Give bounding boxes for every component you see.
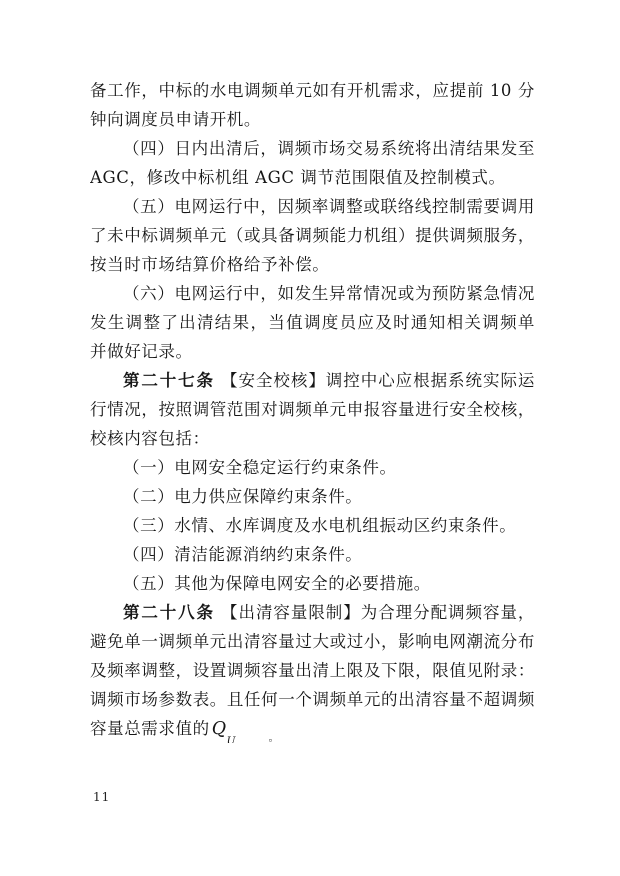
article-heading-line: 第二十八条 【出清容量限制】为合理分配调频容量， — [90, 598, 535, 627]
text-line: 钟向调度员申请开机。 — [90, 105, 535, 134]
line-text: （四）清洁能源消纳约束条件。 — [123, 545, 362, 564]
line-text: 及频率调整，设置调频容量出清上限及下限，限值见附录： — [90, 661, 535, 680]
text-line: 调频市场参数表。且任何一个调频单元的出清容量不超调频 — [90, 685, 535, 714]
text-line: 行情况，按照调管范围对调频单元申报容量进行安全校核， — [90, 395, 535, 424]
article-heading-line: 第二十七条 【安全校核】调控中心应根据系统实际运 — [90, 366, 535, 395]
line-text: 按当时市场结算价格给予补偿。 — [90, 255, 329, 274]
text-line: （五）电网运行中，因频率调整或联络线控制需要调用 — [90, 192, 535, 221]
list-item-line: （二）电力供应保障约束条件。 — [90, 482, 535, 511]
line-text: 备工作，中标的水电调频单元如有开机需求，应提前 10 分 — [90, 81, 535, 100]
line-text: 行情况，按照调管范围对调频单元申报容量进行安全校核， — [90, 400, 535, 419]
text-line: 及频率调整，设置调频容量出清上限及下限，限值见附录： — [90, 656, 535, 685]
list-item-line: （五）其他为保障电网安全的必要措施。 — [90, 569, 535, 598]
document-page: 备工作，中标的水电调频单元如有开机需求，应提前 10 分 钟向调度员申请开机。 … — [0, 0, 620, 876]
formula-q-symbol: Q — [210, 719, 227, 739]
page-number: 11 — [93, 789, 110, 805]
article-number: 第二十七条 — [123, 371, 215, 390]
line-text: （五）电网运行中，因频率调整或联络线控制需要调用 — [123, 197, 535, 216]
article-number: 第二十八条 — [123, 603, 215, 622]
text-line: 避免单一调频单元出清容量过大或过小，影响电网潮流分布 — [90, 627, 535, 656]
list-item-line: （四）清洁能源消纳约束条件。 — [90, 540, 535, 569]
line-text: （一）电网安全稳定运行约束条件。 — [123, 458, 397, 477]
text-line: 备工作，中标的水电调频单元如有开机需求，应提前 10 分 — [90, 76, 535, 105]
line-text: 校核内容包括： — [90, 429, 210, 448]
text-line: 按当时市场结算价格给予补偿。 — [90, 250, 535, 279]
line-text: 发生调整了出清结果，当值调度员应及时通知相关调频单元， — [90, 313, 535, 337]
line-text: （四）日内出清后，调频市场交易系统将出清结果发至 — [123, 139, 535, 158]
list-item-line: （三）水情、水库调度及水电机组振动区约束条件。 — [90, 511, 535, 540]
formula-line: 容量总需求值的QU调频容量。 — [90, 714, 535, 743]
line-text: AGC，修改中标机组 AGC 调节范围限值及控制模式。 — [90, 168, 506, 187]
text-line: AGC，修改中标机组 AGC 调节范围限值及控制模式。 — [90, 163, 535, 192]
line-text: 【出清容量限制】为合理分配调频容量， — [215, 603, 535, 622]
text-line: （六）电网运行中，如发生异常情况或为预防紧急情况 — [90, 279, 535, 308]
list-item-line: （一）电网安全稳定运行约束条件。 — [90, 453, 535, 482]
line-text: 了未中标调频单元（或具备调频能力机组）提供调频服务， — [90, 226, 535, 245]
formula-period: 。 — [269, 733, 279, 743]
text-block: 备工作，中标的水电调频单元如有开机需求，应提前 10 分 钟向调度员申请开机。 … — [90, 76, 535, 743]
line-text: （二）电力供应保障约束条件。 — [123, 487, 362, 506]
line-text: 容量总需求值的 — [90, 719, 210, 738]
line-text: （六）电网运行中，如发生异常情况或为预防紧急情况 — [123, 284, 535, 303]
line-text: （三）水情、水库调度及水电机组振动区约束条件。 — [123, 516, 516, 535]
text-line: 发生调整了出清结果，当值调度员应及时通知相关调频单元， — [90, 308, 535, 337]
line-text: （五）其他为保障电网安全的必要措施。 — [123, 574, 431, 593]
line-text: 钟向调度员申请开机。 — [90, 110, 261, 129]
text-line: 校核内容包括： — [90, 424, 535, 453]
line-text: 并做好记录。 — [90, 342, 193, 361]
line-text: 避免单一调频单元出清容量过大或过小，影响电网潮流分布 — [90, 632, 535, 651]
line-text: 调频市场参数表。且任何一个调频单元的出清容量不超调频 — [90, 690, 535, 709]
text-line: （四）日内出清后，调频市场交易系统将出清结果发至 — [90, 134, 535, 163]
text-line: 了未中标调频单元（或具备调频能力机组）提供调频服务， — [90, 221, 535, 250]
formula-superscript: U — [227, 736, 236, 743]
formula-scripts: U调频容量 — [227, 736, 269, 743]
text-line: 并做好记录。 — [90, 337, 535, 366]
line-text: 【安全校核】调控中心应根据系统实际运 — [215, 371, 535, 390]
